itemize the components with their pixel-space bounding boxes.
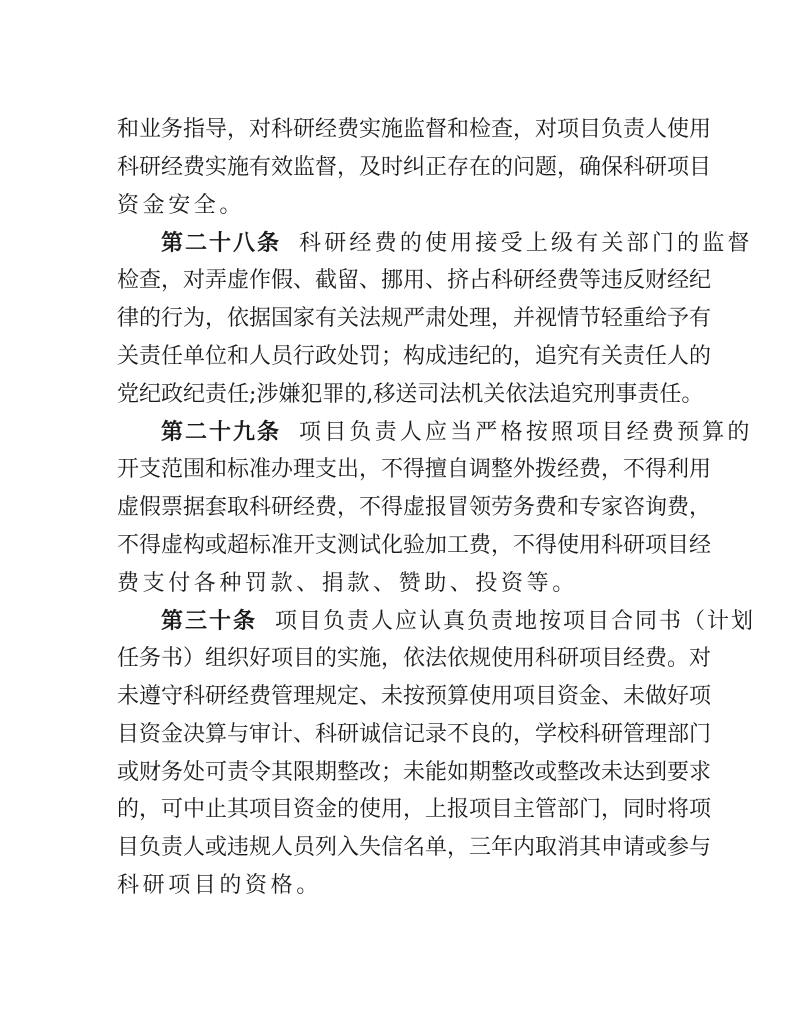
article-30-first-line: 第三十条项目负责人应认真负责地按项目合同书（计划: [117, 607, 681, 645]
text-line: 关责任单位和人员行政处罚；构成违纪的，追究有关责任人的: [117, 343, 681, 381]
document-body: 和业务指导，对科研经费实施监督和检查，对项目负责人使用 科研经费实施有效监督，及…: [117, 116, 681, 910]
text-line: 资金安全。: [117, 192, 681, 230]
text-line: 或财务处可责令其限期整改；未能如期整改或整改未达到要求: [117, 759, 681, 797]
text-line: 的，可中止其项目资金的使用，上报项目主管部门，同时将项: [117, 796, 681, 834]
article-29-first-line: 第二十九条项目负责人应当严格按照项目经费预算的: [117, 418, 681, 456]
document-page: 和业务指导，对科研经费实施监督和检查，对项目负责人使用 科研经费实施有效监督，及…: [0, 0, 799, 1035]
article-text: 项目负责人应认真负责地按项目合同书（计划: [275, 609, 755, 634]
article-text: 项目负责人应当严格按照项目经费预算的: [299, 420, 753, 445]
article-heading: 第二十八条: [161, 230, 281, 256]
text-line: 未遵守科研经费管理规定、未按预算使用项目资金、未做好项: [117, 683, 681, 721]
article-heading: 第三十条: [161, 608, 257, 634]
text-line: 开支范围和标准办理支出，不得擅自调整外拨经费，不得利用: [117, 456, 681, 494]
text-line: 科研经费实施有效监督，及时纠正存在的问题，确保科研项目: [117, 154, 681, 192]
article-heading: 第二十九条: [161, 419, 281, 445]
text-line: 和业务指导，对科研经费实施监督和检查，对项目负责人使用: [117, 116, 681, 154]
text-line: 虚假票据套取科研经费，不得虚报冒领劳务费和专家咨询费，: [117, 494, 681, 532]
text-line: 律的行为，依据国家有关法规严肃处理，并视情节轻重给予有: [117, 305, 681, 343]
article-text: 科研经费的使用接受上级有关部门的监督: [299, 231, 753, 256]
text-line: 任务书）组织好项目的实施，依法依规使用科研项目经费。对: [117, 645, 681, 683]
text-line: 不得虚构或超标准开支测试化验加工费，不得使用科研项目经: [117, 532, 681, 570]
article-28-first-line: 第二十八条科研经费的使用接受上级有关部门的监督: [117, 229, 681, 267]
text-line: 检查，对弄虚作假、截留、挪用、挤占科研经费等违反财经纪: [117, 267, 681, 305]
text-line: 科研项目的资格。: [117, 872, 681, 910]
text-line: 目资金决算与审计、科研诚信记录不良的，学校科研管理部门: [117, 721, 681, 759]
text-line: 党纪政纪责任;涉嫌犯罪的,移送司法机关依法追究刑事责任。: [117, 381, 681, 419]
text-line: 费支付各种罚款、捐款、赞助、投资等。: [117, 570, 681, 608]
text-line: 目负责人或违规人员列入失信名单，三年内取消其申请或参与: [117, 834, 681, 872]
